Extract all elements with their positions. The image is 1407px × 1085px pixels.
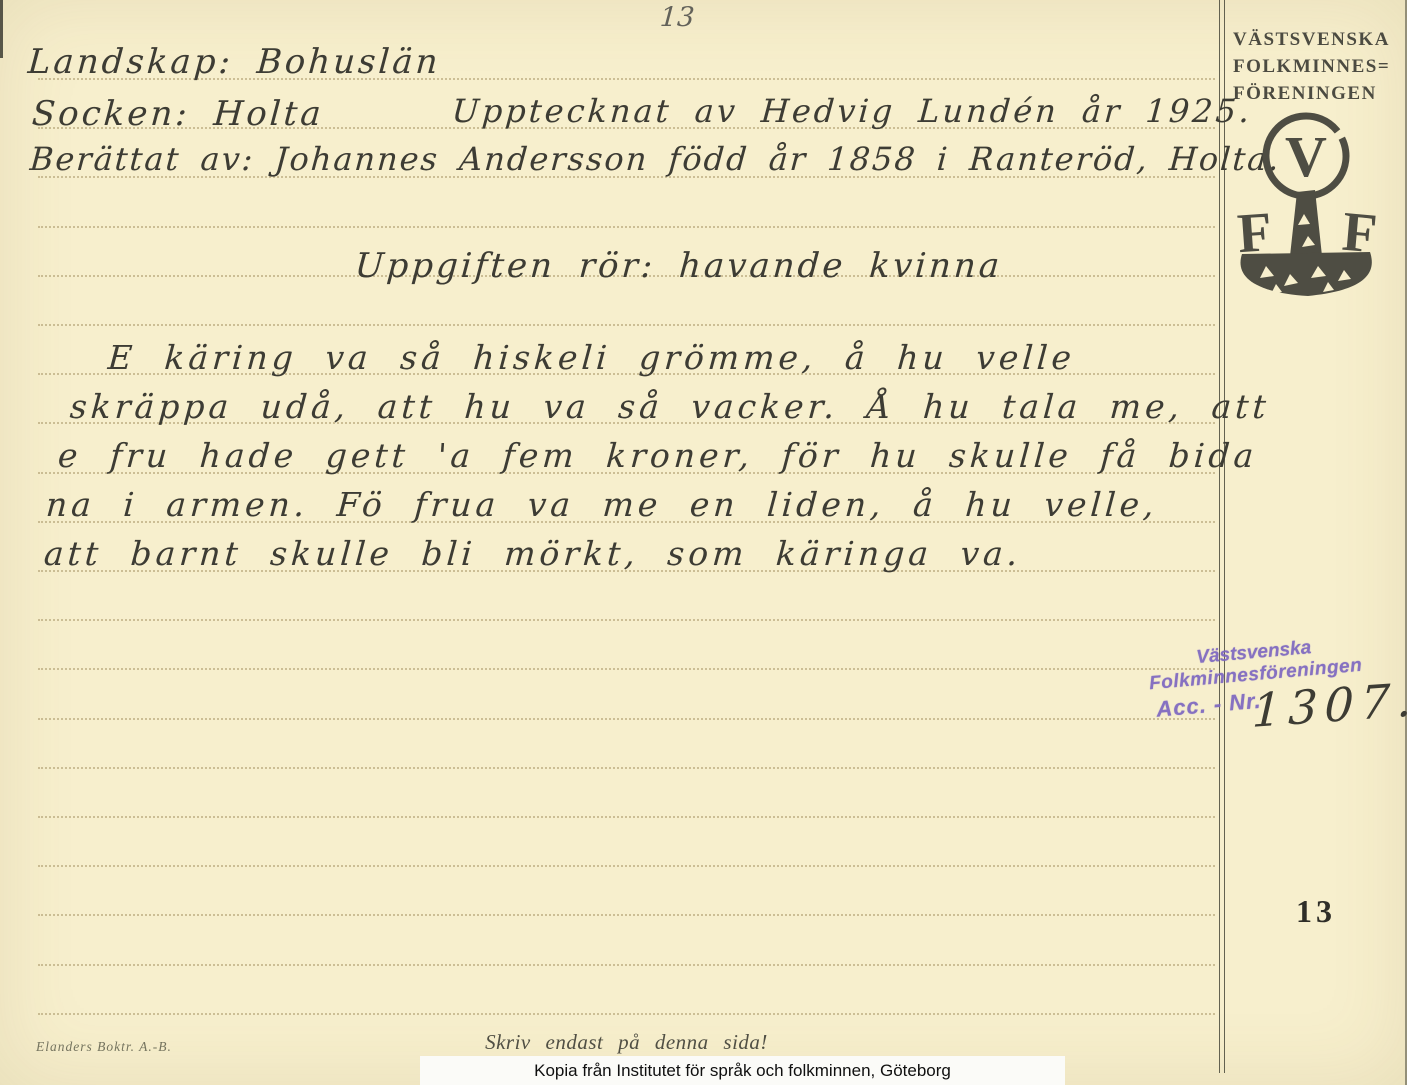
ruled-line	[38, 718, 1215, 720]
organization-name-line: FÖRENINGEN	[1233, 80, 1405, 107]
organization-name-line: FOLKMINNES=	[1233, 53, 1405, 80]
field-berattat: Berättat av: Johannes Andersson född år …	[29, 140, 1282, 178]
ruled-line	[38, 767, 1215, 769]
body-line: na i armen. Fö frua va me en liden, å hu…	[45, 485, 1159, 524]
printed-page-number: 13	[1296, 893, 1336, 930]
ruled-line	[38, 668, 1215, 670]
field-socken: Socken: Holta	[31, 94, 325, 134]
handwritten-page-number: 13	[659, 2, 696, 33]
subject-line: Uppgiften rör: havande kvinna	[354, 246, 1004, 286]
ruled-line	[38, 619, 1215, 621]
body-line: e fru hade gett 'a fem kroner, för hu sk…	[57, 436, 1259, 475]
emblem-letter-v: V	[1285, 124, 1327, 189]
archive-caption-text: Kopia från Institutet för språk och folk…	[534, 1061, 951, 1080]
body-line: skräppa udå, att hu va så vacker. Å hu t…	[69, 387, 1272, 426]
ruled-line	[38, 226, 1215, 228]
handwritten-accession-number: 1307.	[1251, 672, 1407, 738]
body-line: E käring va så hiskeli grömme, å hu vell…	[107, 338, 1077, 377]
body-line: att barnt skulle bli mörkt, som käringa …	[43, 534, 1023, 573]
ruled-line	[38, 914, 1215, 916]
field-landskap: Landskap: Bohuslän	[27, 42, 442, 82]
ruled-line	[38, 1013, 1215, 1015]
field-upptecknat: Upptecknat av Hedvig Lundén år 1925.	[451, 92, 1254, 130]
thors-hammer-emblem-icon: V F F	[1232, 104, 1382, 316]
scan-edge-artifact-left	[0, 0, 3, 58]
ruled-line	[38, 865, 1215, 867]
ruled-line	[38, 324, 1215, 326]
ruled-line	[38, 964, 1215, 966]
document-scan: 13 Landskap: Bohuslän Socken: Holta Uppt…	[0, 0, 1407, 1085]
organization-name: VÄSTSVENSKA FOLKMINNES= FÖRENINGEN	[1233, 26, 1405, 107]
ruled-line	[38, 816, 1215, 818]
write-only-this-side-note: Skriv endast på denna sida!	[38, 1030, 1215, 1055]
archive-caption-strip: Kopia från Institutet för språk och folk…	[420, 1056, 1065, 1085]
organization-name-line: VÄSTSVENSKA	[1233, 26, 1405, 53]
